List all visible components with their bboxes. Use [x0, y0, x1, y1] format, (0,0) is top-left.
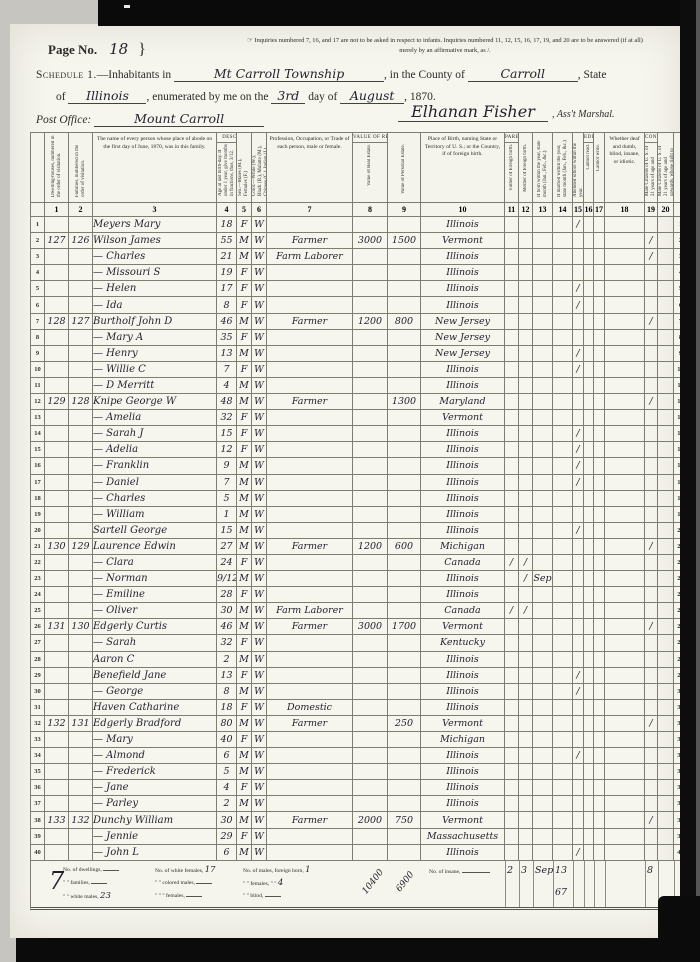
cell-name: — John L — [93, 844, 217, 860]
cell-cannot_write — [594, 377, 605, 393]
cell-father_foreign — [505, 764, 519, 780]
personal-estate-total-handwritten: 6900 — [394, 870, 416, 894]
cell-cannot_read — [584, 426, 594, 442]
cell-sex: F — [237, 217, 252, 233]
table-row: 16— Franklin9MWIllinois/16 — [31, 458, 688, 474]
manuscript-entry: 750 — [395, 815, 413, 826]
column-header-occupation: Profession, Occupation, or Trade of each… — [267, 133, 353, 203]
manuscript-entry: F — [241, 734, 248, 745]
cell-attended_school — [573, 265, 584, 281]
column-number-age: 4 — [217, 203, 237, 217]
manuscript-entry: Haven Catharine — [93, 702, 179, 713]
manuscript-entry: 130 — [71, 621, 89, 632]
cell-cannot_read — [584, 490, 594, 506]
cell-personal_estate — [388, 667, 421, 683]
manuscript-entry: W — [254, 782, 264, 793]
manuscript-entry: — Adelia — [93, 444, 138, 455]
cell-dwelling — [45, 426, 69, 442]
table-row: 40— John L6MWIllinois/40 — [31, 844, 688, 860]
cell-birthplace: Illinois — [421, 699, 505, 715]
cell-occupation — [267, 571, 353, 587]
cell-father_foreign — [505, 635, 519, 651]
manuscript-entry: 128 — [47, 316, 65, 327]
cell-occupation — [267, 361, 353, 377]
cell-mother_foreign — [519, 844, 533, 860]
manuscript-entry: M — [239, 766, 249, 777]
cell-birthplace: New Jersey — [421, 345, 505, 361]
manuscript-entry: — Mary — [93, 734, 133, 745]
manuscript-entry: Illinois — [446, 428, 479, 439]
manuscript-entry: 127 — [71, 316, 89, 327]
marshal-signature: Elhanan Fisher — [398, 102, 548, 122]
cell-occupation — [267, 635, 353, 651]
group-header: Educa- tion. — [584, 133, 594, 143]
cell-family — [69, 345, 93, 361]
cell-mother_foreign — [519, 715, 533, 731]
cell-mother_foreign: / — [519, 571, 533, 587]
manuscript-entry: 131 — [47, 621, 65, 632]
column-number-vote_denied: 20 — [658, 203, 674, 217]
cell-occupation: Farmer — [267, 233, 353, 249]
manuscript-entry: 132 — [47, 718, 65, 729]
scan-tick — [124, 5, 130, 8]
cell-real_estate — [353, 506, 388, 522]
manuscript-entry: — Oliver — [93, 605, 137, 616]
cell-father_foreign — [505, 828, 519, 844]
cell-sex: M — [237, 571, 252, 587]
cell-dwelling — [45, 217, 69, 233]
cell-name: Haven Catharine — [93, 699, 217, 715]
cell-cannot_read — [584, 587, 594, 603]
line-number-left: 34 — [31, 748, 45, 764]
cell-name: — Franklin — [93, 458, 217, 474]
cell-color: W — [252, 683, 267, 699]
cell-personal_estate — [388, 474, 421, 490]
manuscript-entry: / — [510, 557, 513, 568]
manuscript-entry: 129 — [47, 396, 65, 407]
line-number-left: 30 — [31, 683, 45, 699]
cell-dwelling: 131 — [45, 619, 69, 635]
blank-line — [186, 891, 202, 897]
cell-cannot_write — [594, 410, 605, 426]
cell-age: 1 — [217, 506, 237, 522]
cell-family — [69, 571, 93, 587]
cell-real_estate: 1200 — [353, 313, 388, 329]
cell-color: W — [252, 667, 267, 683]
manuscript-entry: Illinois — [446, 477, 479, 488]
cell-age: 2 — [217, 651, 237, 667]
manuscript-entry: 3000 — [358, 621, 382, 632]
line-number-left: 16 — [31, 458, 45, 474]
manuscript-entry: Vermont — [442, 235, 483, 246]
manuscript-entry: M — [239, 847, 249, 858]
cell-age: 13 — [217, 345, 237, 361]
column-number-family: 2 — [69, 203, 93, 217]
manuscript-entry: Illinois — [446, 283, 479, 294]
cell-personal_estate: 1500 — [388, 233, 421, 249]
cell-name: — Mary — [93, 732, 217, 748]
cell-marriage_month — [553, 571, 573, 587]
cell-disabilities — [605, 361, 645, 377]
cell-birth_month — [533, 377, 553, 393]
cell-age: 2 — [217, 796, 237, 812]
cell-birthplace: Illinois — [421, 474, 505, 490]
cell-marriage_month — [553, 233, 573, 249]
manuscript-entry: Illinois — [446, 493, 479, 504]
enumerated-label: , enumerated by me on the — [146, 91, 268, 103]
cell-sex: F — [237, 281, 252, 297]
manuscript-entry: — Amelia — [93, 412, 141, 423]
manuscript-entry: W — [254, 283, 264, 294]
cell-occupation — [267, 828, 353, 844]
manuscript-entry: M — [239, 380, 249, 391]
cell-occupation — [267, 474, 353, 490]
footer-stat-value: 23 — [100, 891, 111, 901]
cell-birth_month — [533, 313, 553, 329]
brace-glyph: } — [138, 41, 146, 58]
cell-color: W — [252, 587, 267, 603]
cell-real_estate — [353, 683, 388, 699]
cell-occupation: Farm Laborer — [267, 249, 353, 265]
table-row: 39— Jennie29FWMassachusetts39 — [31, 828, 688, 844]
manuscript-entry: / — [649, 235, 652, 246]
blank-line — [91, 878, 107, 884]
cell-cannot_read — [584, 571, 594, 587]
cell-real_estate — [353, 635, 388, 651]
cell-age: 9 — [217, 458, 237, 474]
column-number-mother_foreign: 12 — [519, 203, 533, 217]
footer-stat-label: No. of males, foreign born, — [243, 868, 305, 874]
cell-vote_denied — [658, 442, 674, 458]
cell-attended_school: / — [573, 426, 584, 442]
cell-name: — Clara — [93, 554, 217, 570]
cell-cannot_write — [594, 780, 605, 796]
cell-cannot_write — [594, 297, 605, 313]
cell-disabilities — [605, 394, 645, 410]
cell-birthplace: Illinois — [421, 458, 505, 474]
manuscript-entry: F — [241, 670, 248, 681]
cell-dwelling — [45, 603, 69, 619]
column-number-cannot_write: 17 — [594, 203, 605, 217]
cell-dwelling — [45, 297, 69, 313]
cell-father_foreign — [505, 313, 519, 329]
manuscript-entry: M — [239, 605, 249, 616]
cell-name: — Frederick — [93, 764, 217, 780]
manuscript-entry: W — [254, 541, 264, 552]
cell-sex: F — [237, 780, 252, 796]
table-row: 31Haven Catharine18FWDomesticIllinois31 — [31, 699, 688, 715]
footer-divider — [533, 861, 534, 907]
column-header-male_citizen: Constitutional Relations.Male Citizens o… — [645, 133, 658, 203]
cell-birthplace: Maryland — [421, 394, 505, 410]
footer-stat-label: " " " females, — [155, 893, 186, 899]
month-value: August — [340, 88, 404, 104]
manuscript-entry: 30 — [220, 605, 232, 616]
cell-cannot_read — [584, 764, 594, 780]
cell-name: Laurence Edwin — [93, 538, 217, 554]
cell-cannot_write — [594, 651, 605, 667]
manuscript-entry: 3000 — [358, 235, 382, 246]
cell-marriage_month — [553, 249, 573, 265]
cell-cannot_read — [584, 281, 594, 297]
manuscript-entry: 1700 — [392, 621, 416, 632]
cell-male_citizen — [645, 426, 658, 442]
manuscript-entry: Illinois — [446, 267, 479, 278]
cell-occupation: Domestic — [267, 699, 353, 715]
cell-family — [69, 506, 93, 522]
manuscript-entry: M — [239, 316, 249, 327]
cell-marriage_month — [553, 538, 573, 554]
manuscript-entry: F — [241, 702, 248, 713]
cell-family: 130 — [69, 619, 93, 635]
footer-stat-value: 1 — [305, 865, 310, 875]
table-row: 4— Missouri S19FWIllinois4 — [31, 265, 688, 281]
cell-marriage_month — [553, 667, 573, 683]
cell-age: 46 — [217, 313, 237, 329]
blank-line — [196, 878, 212, 884]
manuscript-entry: New Jersey — [435, 332, 490, 343]
cell-birth_month — [533, 748, 553, 764]
cell-occupation — [267, 732, 353, 748]
table-row: 29Benefield Jane13FWIllinois/29 — [31, 667, 688, 683]
manuscript-entry: — George — [93, 686, 143, 697]
cell-dwelling — [45, 764, 69, 780]
footer-handwritten-mark: 13 — [555, 865, 567, 876]
manuscript-entry: W — [254, 444, 264, 455]
column-heading-text: If married within the year, state month … — [557, 135, 569, 197]
blank-line — [103, 865, 119, 871]
cell-occupation: Farmer — [267, 812, 353, 828]
cell-sex: F — [237, 667, 252, 683]
cell-attended_school — [573, 571, 584, 587]
cell-father_foreign — [505, 587, 519, 603]
cell-disabilities — [605, 764, 645, 780]
cell-real_estate — [353, 554, 388, 570]
cell-marriage_month — [553, 732, 573, 748]
cell-cannot_read — [584, 458, 594, 474]
table-row: 12129128Knipe George W48MWFarmer1300Mary… — [31, 394, 688, 410]
cell-sex: M — [237, 345, 252, 361]
cell-attended_school: / — [573, 844, 584, 860]
cell-marriage_month — [553, 474, 573, 490]
table-row: 19— William1MWIllinois19 — [31, 506, 688, 522]
manuscript-entry: M — [239, 460, 249, 471]
cell-personal_estate: 1300 — [388, 394, 421, 410]
cell-birth_month — [533, 715, 553, 731]
column-header-disabilities: Whether deaf and dumb, blind, insane, or… — [605, 133, 645, 203]
cell-occupation — [267, 329, 353, 345]
manuscript-entry: 29 — [220, 831, 232, 842]
cell-name: — Willie C — [93, 361, 217, 377]
cell-personal_estate — [388, 410, 421, 426]
manuscript-entry: 800 — [395, 316, 413, 327]
line-number-left: 9 — [31, 345, 45, 361]
manuscript-entry: F — [241, 444, 248, 455]
cell-cannot_write — [594, 732, 605, 748]
cell-mother_foreign — [519, 265, 533, 281]
cell-male_citizen: / — [645, 313, 658, 329]
cell-male_citizen — [645, 506, 658, 522]
cell-vote_denied — [658, 715, 674, 731]
cell-male_citizen — [645, 522, 658, 538]
cell-attended_school — [573, 490, 584, 506]
column-header-mother_foreign: Mother of foreign birth. — [519, 133, 533, 203]
cell-real_estate — [353, 265, 388, 281]
cell-male_citizen — [645, 651, 658, 667]
cell-personal_estate — [388, 345, 421, 361]
cell-cannot_read — [584, 217, 594, 233]
cell-cannot_write — [594, 217, 605, 233]
cell-birth_month — [533, 281, 553, 297]
cell-birth_month — [533, 587, 553, 603]
cell-cannot_write — [594, 281, 605, 297]
cell-attended_school: / — [573, 667, 584, 683]
cell-attended_school — [573, 635, 584, 651]
cell-cannot_read — [584, 249, 594, 265]
cell-mother_foreign — [519, 313, 533, 329]
cell-marriage_month — [553, 313, 573, 329]
cell-cannot_write — [594, 249, 605, 265]
cell-mother_foreign — [519, 587, 533, 603]
manuscript-entry: W — [254, 316, 264, 327]
cell-cannot_read — [584, 812, 594, 828]
cell-name: — William — [93, 506, 217, 522]
group-header: Constitutional Relations. — [645, 133, 658, 143]
cell-color: W — [252, 281, 267, 297]
cell-marriage_month — [553, 490, 573, 506]
cell-vote_denied — [658, 313, 674, 329]
cell-personal_estate — [388, 828, 421, 844]
cell-family: 128 — [69, 394, 93, 410]
cell-dwelling — [45, 635, 69, 651]
manuscript-entry: M — [239, 718, 249, 729]
footer-handwritten-mark: 2 — [507, 865, 513, 876]
cell-dwelling — [45, 281, 69, 297]
manuscript-entry: Vermont — [442, 621, 483, 632]
table-row: 36— Jane4FWIllinois36 — [31, 780, 688, 796]
line-number-left: 18 — [31, 490, 45, 506]
cell-marriage_month — [553, 715, 573, 731]
cell-cannot_write — [594, 844, 605, 860]
cell-dwelling — [45, 506, 69, 522]
cell-name: Edgerly Bradford — [93, 715, 217, 731]
manuscript-entry: F — [241, 332, 248, 343]
manuscript-entry: Michigan — [440, 734, 485, 745]
cell-color: W — [252, 297, 267, 313]
cell-real_estate — [353, 329, 388, 345]
cell-birth_month — [533, 426, 553, 442]
table-row: 23— Norman9/12MWIllinois/Sep23 — [31, 571, 688, 587]
cell-dwelling — [45, 522, 69, 538]
manuscript-entry: W — [254, 686, 264, 697]
cell-personal_estate — [388, 748, 421, 764]
cell-name: — D Merritt — [93, 377, 217, 393]
footer-divider — [573, 861, 574, 907]
manuscript-entry: 32 — [220, 412, 232, 423]
manuscript-entry: M — [239, 815, 249, 826]
cell-marriage_month — [553, 522, 573, 538]
cell-attended_school: / — [573, 297, 584, 313]
manuscript-entry: / — [576, 847, 579, 858]
cell-disabilities — [605, 780, 645, 796]
cell-disabilities — [605, 490, 645, 506]
cell-age: 18 — [217, 217, 237, 233]
cell-age: 24 — [217, 554, 237, 570]
cell-birthplace: Vermont — [421, 410, 505, 426]
cell-age: 15 — [217, 426, 237, 442]
table-row: 26131130Edgerly Curtis46MWFarmer30001700… — [31, 619, 688, 635]
cell-cannot_write — [594, 828, 605, 844]
cell-marriage_month — [553, 587, 573, 603]
cell-occupation — [267, 377, 353, 393]
cell-name: Wilson James — [93, 233, 217, 249]
manuscript-entry: 46 — [220, 621, 232, 632]
footer-stat-label: No. of white females, — [155, 868, 205, 874]
schedule-line: Schedule 1.—Inhabitants in Mt Carroll To… — [36, 66, 606, 82]
state-suffix-label: , State — [578, 69, 607, 81]
line-number-left: 10 — [31, 361, 45, 377]
cell-father_foreign — [505, 571, 519, 587]
cell-cannot_write — [594, 458, 605, 474]
cell-father_foreign — [505, 329, 519, 345]
manuscript-entry: M — [239, 686, 249, 697]
manuscript-entry: M — [239, 573, 249, 584]
cell-attended_school — [573, 538, 584, 554]
cell-name: Dunchy William — [93, 812, 217, 828]
cell-birth_month — [533, 522, 553, 538]
cell-attended_school — [573, 249, 584, 265]
line-number-header-left — [31, 133, 45, 203]
cell-father_foreign — [505, 394, 519, 410]
manuscript-entry: W — [254, 477, 264, 488]
cell-dwelling: 128 — [45, 313, 69, 329]
cell-father_foreign — [505, 265, 519, 281]
cell-marriage_month — [553, 329, 573, 345]
manuscript-entry: W — [254, 412, 264, 423]
manuscript-entry: 2 — [223, 654, 229, 665]
cell-cannot_read — [584, 828, 594, 844]
manuscript-entry: / — [524, 605, 527, 616]
cell-family: 126 — [69, 233, 93, 249]
cell-marriage_month — [553, 458, 573, 474]
cell-color: W — [252, 603, 267, 619]
cell-marriage_month — [553, 635, 573, 651]
line-number-left: 8 — [31, 329, 45, 345]
cell-marriage_month — [553, 796, 573, 812]
cell-name: — Sarah — [93, 635, 217, 651]
cell-mother_foreign — [519, 699, 533, 715]
manuscript-entry: W — [254, 702, 264, 713]
line-number-left: 29 — [31, 667, 45, 683]
line-number-left: 31 — [31, 699, 45, 715]
cell-sex: M — [237, 377, 252, 393]
column-header-marriage_month: If married within the year, state month … — [553, 133, 573, 203]
manuscript-entry: / — [576, 477, 579, 488]
cell-real_estate — [353, 377, 388, 393]
cell-personal_estate: 600 — [388, 538, 421, 554]
cell-family — [69, 667, 93, 683]
cell-birth_month — [533, 490, 553, 506]
cell-occupation: Farmer — [267, 313, 353, 329]
state-value: Illinois — [68, 88, 146, 104]
cell-cannot_read — [584, 667, 594, 683]
manuscript-entry: / — [649, 541, 652, 552]
cell-cannot_read — [584, 844, 594, 860]
manuscript-entry: 9 — [223, 460, 229, 471]
manuscript-entry: F — [241, 831, 248, 842]
cell-real_estate: 3000 — [353, 619, 388, 635]
manuscript-entry: 19 — [220, 267, 232, 278]
